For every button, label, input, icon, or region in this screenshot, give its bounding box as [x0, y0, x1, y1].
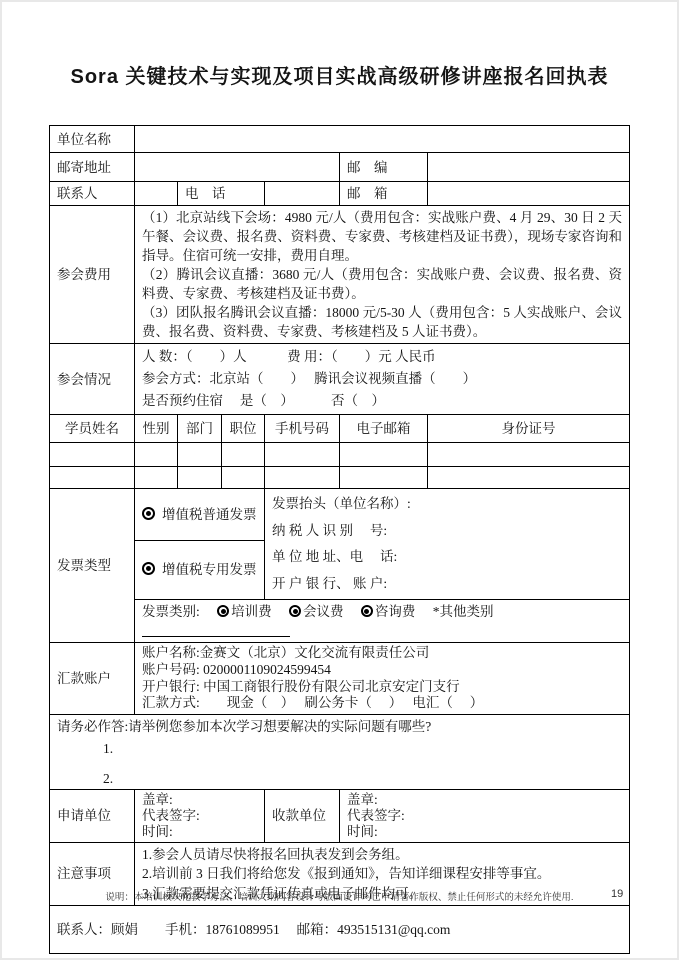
invoice-option-general-label: 增值税普通发票 — [162, 507, 257, 522]
student-header-title: 职位 — [222, 415, 265, 443]
fee-line-2: （2）腾讯会议直播：3680 元/人（费用包含：实战账户费、会议费、报名费、资料… — [142, 265, 622, 303]
postcode-input[interactable] — [428, 153, 630, 182]
student-1-mobile-cell[interactable] — [265, 443, 340, 467]
applicant-date-line: 时间: — [142, 824, 257, 840]
row-unit-name: 单位名称 — [50, 126, 630, 153]
attendance-mode-line: 参会方式：北京站（ ） 腾讯会议视频直播（ ） — [142, 368, 622, 390]
row-fee: 参会费用 （1）北京站线下会场：4980 元/人（费用包含：实战账户费、4 月 … — [50, 206, 630, 344]
radio-icon — [361, 605, 373, 617]
attendance-lodging-line: 是否预约住宿 是（ ） 否（ ） — [142, 390, 622, 412]
invoice-category-meeting-label: 会议费 — [303, 604, 344, 619]
invoice-category-meeting: 会议费 — [289, 604, 344, 619]
student-2-mobile-cell[interactable] — [265, 467, 340, 489]
invoice-category-line: 发票类别: 培训费 会议费 咨询费 *其他类别 — [135, 600, 630, 643]
invoice-bank-line: 开 户 银 行、 账 户: — [272, 571, 622, 598]
student-header-mobile: 手机号码 — [265, 415, 340, 443]
other-category-input[interactable] — [142, 623, 290, 637]
page-title: Sora 关键技术与实现及项目实战高级研修讲座报名回执表 — [0, 60, 679, 89]
row-remittance: 汇款账户 账户名称:金赛文（北京）文化交流有限责任公司 账户号码: 020000… — [50, 643, 630, 715]
unit-name-input[interactable] — [135, 126, 630, 153]
attendance-details: 人 数：（ ）人 费 用：（ ）元 人民币 参会方式：北京站（ ） 腾讯会议视频… — [135, 344, 630, 415]
student-row-1 — [50, 443, 630, 467]
invoice-category-other-label: *其他类别 — [433, 604, 494, 619]
remittance-details: 账户名称:金赛文（北京）文化交流有限责任公司 账户号码: 02000011090… — [135, 643, 630, 715]
row-signatures: 申请单位 盖章: 代表签字: 时间: 收款单位 盖章: 代表签字: 时间: — [50, 790, 630, 842]
account-name-line: 账户名称:金赛文（北京）文化交流有限责任公司 — [142, 645, 622, 662]
invoice-option-special-label: 增值税专用发票 — [162, 562, 257, 577]
invoice-option-special: 增值税专用发票 — [135, 540, 265, 599]
student-2-title-cell[interactable] — [222, 467, 265, 489]
student-1-name-cell[interactable] — [50, 443, 135, 467]
mail-address-input[interactable] — [135, 153, 340, 182]
student-header-name: 学员姓名 — [50, 415, 135, 443]
student-1-title-cell[interactable] — [222, 443, 265, 467]
radio-icon — [142, 507, 155, 520]
student-1-gender-cell[interactable] — [135, 443, 178, 467]
row-invoice-option-1: 发票类型 增值税普通发票 发票抬头（单位名称）: 纳 税 人 识 别 号: 单 … — [50, 489, 630, 541]
attendance-count-line: 人 数：（ ）人 费 用：（ ）元 人民币 — [142, 346, 622, 368]
invoice-address-line: 单 位 地 址、电 话: — [272, 544, 622, 571]
invoice-taxid-line: 纳 税 人 识 别 号: — [272, 518, 622, 545]
student-row-2 — [50, 467, 630, 489]
phone-input[interactable] — [265, 182, 340, 206]
student-header-email: 电子邮箱 — [340, 415, 428, 443]
student-header-id: 身份证号 — [428, 415, 630, 443]
payee-date-line: 时间: — [347, 824, 622, 840]
fee-line-3: （3）团队报名腾讯会议直播：18000 元/5-30 人（费用包含：5 人实战账… — [142, 303, 622, 341]
invoice-detail-block: 发票抬头（单位名称）: 纳 税 人 识 别 号: 单 位 地 址、电 话: 开 … — [265, 489, 630, 600]
mail-address-label: 邮寄地址 — [50, 153, 135, 182]
applicant-stamp-line: 盖章: — [142, 792, 257, 808]
student-header-dept: 部门 — [178, 415, 222, 443]
student-2-email-cell[interactable] — [340, 467, 428, 489]
fee-details: （1）北京站线下会场：4980 元/人（费用包含：实战账户费、4 月 29、30… — [135, 206, 630, 344]
fee-line-1: （1）北京站线下会场：4980 元/人（费用包含：实战账户费、4 月 29、30… — [142, 208, 622, 265]
question-block: 请务必作答:请举例您参加本次学习想要解决的实际问题有哪些? 1. 2. — [50, 715, 630, 790]
contact-label: 联系人 — [50, 182, 135, 206]
student-header-gender: 性别 — [135, 415, 178, 443]
radio-icon — [217, 605, 229, 617]
student-1-email-cell[interactable] — [340, 443, 428, 467]
contact-input[interactable] — [135, 182, 178, 206]
student-2-dept-cell[interactable] — [178, 467, 222, 489]
payment-method-line: 汇款方式: 现金（ ） 刷公务卡（ ） 电汇（ ） — [142, 695, 622, 712]
contact-footer: 联系人：顾娟 手机：18761089951 邮箱：493515131@qq.co… — [50, 906, 630, 954]
row-question: 请务必作答:请举例您参加本次学习想要解决的实际问题有哪些? 1. 2. — [50, 715, 630, 790]
question-item-2[interactable]: 2. — [103, 771, 622, 787]
student-2-name-cell[interactable] — [50, 467, 135, 489]
row-mail-address: 邮寄地址 邮 编 — [50, 153, 630, 182]
invoice-category-training-label: 培训费 — [231, 604, 272, 619]
row-contact: 联系人 电 话 邮 箱 — [50, 182, 630, 206]
postcode-label: 邮 编 — [340, 153, 428, 182]
row-student-headers: 学员姓名 性别 部门 职位 手机号码 电子邮箱 身份证号 — [50, 415, 630, 443]
invoice-type-label: 发票类型 — [50, 489, 135, 643]
invoice-option-general: 增值税普通发票 — [135, 489, 265, 541]
unit-name-label: 单位名称 — [50, 126, 135, 153]
applicant-signature-line: 代表签字: — [142, 808, 257, 824]
account-number-line: 账户号码: 0200001109024599454 — [142, 662, 622, 679]
question-item-1[interactable]: 1. — [103, 741, 622, 757]
row-attendance: 参会情况 人 数：（ ）人 费 用：（ ）元 人民币 参会方式：北京站（ ） 腾… — [50, 344, 630, 415]
student-1-id-cell[interactable] — [428, 443, 630, 467]
applicant-stamp-block: 盖章: 代表签字: 时间: — [135, 790, 265, 842]
invoice-title-line: 发票抬头（单位名称）: — [272, 491, 622, 518]
payee-stamp-line: 盖章: — [347, 792, 622, 808]
row-contact-footer: 联系人：顾娟 手机：18761089951 邮箱：493515131@qq.co… — [50, 906, 630, 954]
invoice-category-training: 培训费 — [217, 604, 272, 619]
bank-name-line: 开户银行: 中国工商银行股份有限公司北京安定门支行 — [142, 679, 622, 696]
note-line-1: 1.参会人员请尽快将报名回执表发到会务组。 — [142, 845, 622, 865]
invoice-category-consult: 咨询费 — [361, 604, 416, 619]
invoice-category-label: 发票类别: — [142, 604, 200, 619]
registration-form-table: 单位名称 邮寄地址 邮 编 联系人 电 话 邮 箱 参会费用 （1）北京站线下会… — [49, 125, 630, 954]
payee-signature-line: 代表签字: — [347, 808, 622, 824]
row-invoice-category: 发票类别: 培训费 会议费 咨询费 *其他类别 — [50, 600, 630, 643]
applicant-unit-label: 申请单位 — [50, 790, 135, 842]
radio-icon — [142, 562, 155, 575]
radio-icon — [289, 605, 301, 617]
invoice-category-consult-label: 咨询费 — [375, 604, 416, 619]
attendance-label: 参会情况 — [50, 344, 135, 415]
email-input[interactable] — [428, 182, 630, 206]
note-line-2: 2.培训前 3 日我们将给您发《报到通知》，告知详细课程安排等事宜。 — [142, 864, 622, 884]
question-prompt: 请务必作答:请举例您参加本次学习想要解决的实际问题有哪些? — [57, 717, 622, 737]
copyright-note: 说明：本培训模块化教学方法、培训大纲内容设计与版面设计均已申请著作版权、禁止任何… — [0, 889, 679, 903]
payee-stamp-block: 盖章: 代表签字: 时间: — [340, 790, 630, 842]
phone-label: 电 话 — [178, 182, 265, 206]
remittance-label: 汇款账户 — [50, 643, 135, 715]
student-1-dept-cell[interactable] — [178, 443, 222, 467]
payee-unit-label: 收款单位 — [265, 790, 340, 842]
email-label: 邮 箱 — [340, 182, 428, 206]
student-2-gender-cell[interactable] — [135, 467, 178, 489]
page-number: 19 — [611, 888, 623, 900]
fee-label: 参会费用 — [50, 206, 135, 344]
student-2-id-cell[interactable] — [428, 467, 630, 489]
